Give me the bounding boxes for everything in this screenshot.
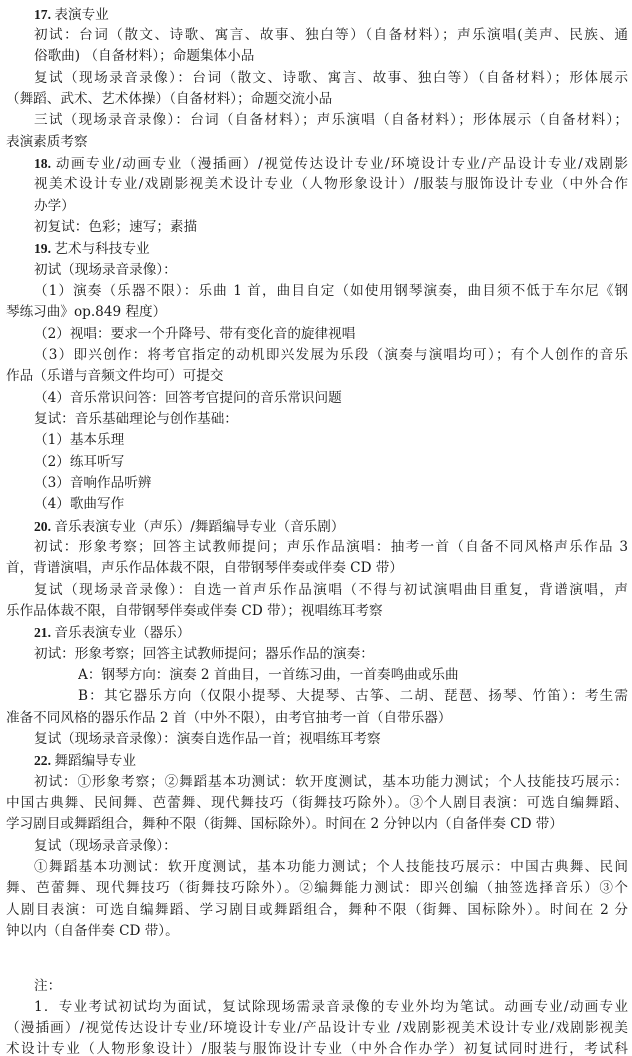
section-title: 舞蹈编导专业 bbox=[54, 753, 136, 769]
text-line: 琴练习曲》op.849 程度） bbox=[6, 302, 628, 323]
text-line: 俗歌曲) （自备材料）；命题集体小品 bbox=[34, 46, 628, 67]
text-line: 表演素质考察 bbox=[6, 132, 628, 153]
note-line: （漫插画）/视觉传达设计专业/环境设计专业/产品设计专业 /戏剧影视美术设计专业… bbox=[6, 1018, 628, 1039]
text-line: B：其它器乐方向（仅限小提琴、大提琴、古筝、二胡、琵琶、扬琴、竹笛）：考生需 bbox=[78, 686, 628, 707]
section-title-line: 视美术设计专业/戏剧影视美术设计专业（人物形象设计）/服装与服饰设计专业（中外合… bbox=[34, 174, 628, 195]
text-line: （2）练耳听写 bbox=[34, 452, 628, 473]
text-line: 乐作品体裁不限，自带钢琴伴奏或伴奏 CD 带）；视唱练耳考察 bbox=[6, 601, 628, 622]
text-line: 复试（现场录音录像）：自选一首声乐作品演唱（不得与初试演唱曲目重复，背谱演唱，声 bbox=[34, 580, 628, 601]
note-line: 1．专业考试初试均为面试，复试除现场需录音录像的专业外均为笔试。动画专业/动画专… bbox=[34, 997, 628, 1018]
section-title-line: 办学） bbox=[34, 196, 628, 217]
text-line: 初试（现场录音录像）： bbox=[34, 260, 628, 281]
text-line: 初试：形象考察；回答主试教师提问；器乐作品的演奏： bbox=[34, 644, 628, 665]
text-line: 准备不同风格的器乐作品 2 首（中外不限），由考官抽考一首（自带乐器） bbox=[6, 708, 628, 729]
text-line: 作品（乐谱与音频文件均可）可提交 bbox=[6, 366, 628, 387]
text-line: 复试：音乐基础理论与创作基础： bbox=[34, 409, 628, 430]
section-20-heading: 20. 音乐表演专业（声乐）/舞蹈编导专业（音乐剧） bbox=[34, 516, 628, 537]
text-line: 初试：形象考察；回答主试教师提问；声乐作品演唱：抽考一首（自备不同风格声乐作品 … bbox=[34, 537, 628, 558]
text-line: 初试：①形象考察；②舞蹈基本功测试：软开度测试，基本功能力测试；个人技能技巧展示… bbox=[34, 772, 628, 793]
section-number: 20 bbox=[34, 519, 48, 534]
section-number: 19 bbox=[34, 241, 48, 256]
text-line: 钟以内（自备伴奏 CD 带）。 bbox=[6, 921, 628, 942]
text-line: （4）歌曲写作 bbox=[34, 494, 628, 515]
section-21-heading: 21. 音乐表演专业（器乐） bbox=[34, 622, 628, 643]
text-line: 复试（现场录音录像）：演奏自选作品一首；视唱练耳考察 bbox=[34, 729, 628, 750]
text-line: 人剧目表演：可选自编舞蹈、学习剧目或舞蹈组合，舞种不限（街舞、国标除外）。时间在… bbox=[6, 900, 628, 921]
text-line: 三试（现场录音录像）：台词（自备材料）；声乐演唱（自备材料）；形体展示（自备材料… bbox=[34, 110, 628, 131]
text-line: （3）即兴创作：将考官指定的动机即兴发展为乐段（演奏与演唱均可）；有个人创作的音… bbox=[34, 345, 628, 366]
section-number: 22 bbox=[34, 753, 48, 768]
text-line: 初复试：色彩；速写；素描 bbox=[34, 217, 628, 238]
section-number: 18 bbox=[34, 156, 48, 171]
text-line: 学习剧目或舞蹈组合，舞种不限（街舞、国标除外）。时间在 2 分钟以内（自备伴奏 … bbox=[6, 814, 628, 835]
section-title: 音乐表演专业（声乐）/舞蹈编导专业（音乐剧） bbox=[54, 519, 344, 535]
section-title: 表演专业 bbox=[54, 7, 108, 23]
notes-label: 注： bbox=[34, 976, 628, 997]
section-19-heading: 19. 艺术与科技专业 bbox=[34, 238, 628, 259]
section-title: 音乐表演专业（器乐） bbox=[54, 625, 190, 641]
text-line: A：钢琴方向：演奏 2 首曲目，一首练习曲，一首奏鸣曲或乐曲 bbox=[78, 665, 628, 686]
text-line: （2）视唱：要求一个升降号、带有变化音的旋律视唱 bbox=[34, 324, 628, 345]
text-line: ①舞蹈基本功测试：软开度测试，基本功能力测试；个人技能技巧展示：中国古典舞、民间 bbox=[34, 857, 628, 878]
text-line: （1）基本乐理 bbox=[34, 430, 628, 451]
text-line: 首，背谱演唱，声乐作品体裁不限，自带钢琴伴奏或伴奏 CD 带） bbox=[6, 558, 628, 579]
text-line: （舞蹈、武术、艺术体操）（自备材料）；命题交流小品 bbox=[6, 89, 628, 110]
section-22-heading: 22. 舞蹈编导专业 bbox=[34, 750, 628, 771]
text-line: 初试：台词（散文、诗歌、寓言、故事、独白等）（自备材料）；声乐演唱(美声、民族、… bbox=[34, 25, 628, 46]
section-title: 艺术与科技专业 bbox=[54, 241, 149, 257]
text-line: 舞、芭蕾舞、现代舞技巧（街舞技巧除外）。②编舞能力测试：即兴创编（抽签选择音乐）… bbox=[6, 878, 628, 899]
text-line: （4）音乐常识问答：回答考官提问的音乐常识问题 bbox=[34, 388, 628, 409]
section-number: 17 bbox=[34, 7, 48, 22]
section-title: 动画专业/动画专业（漫插画）/视觉传达设计专业/环境设计专业/产品设计专业/戏剧… bbox=[56, 156, 628, 172]
text-line: 中国古典舞、民间舞、芭蕾舞、现代舞技巧（街舞技巧除外）。③个人剧目表演：可选自编… bbox=[6, 793, 628, 814]
text-line: 复试（现场录音录像）：台词（散文、诗歌、寓言、故事、独白等）（自备材料）；形体展… bbox=[34, 68, 628, 89]
section-number: 21 bbox=[34, 625, 48, 640]
section-18-heading: 18. 动画专业/动画专业（漫插画）/视觉传达设计专业/环境设计专业/产品设计专… bbox=[34, 153, 628, 174]
section-17-heading: 17. 表演专业 bbox=[34, 4, 628, 25]
text-line: （3）音响作品听辨 bbox=[34, 473, 628, 494]
text-line: （1）演奏（乐器不限）：乐曲 1 首，曲目自定（如使用钢琴演奏，曲目须不低于车尔… bbox=[34, 281, 628, 302]
note-line: 术设计专业（人物形象设计）/服装与服饰设计专业（中外合作办学）初复试同时进行，考… bbox=[6, 1039, 628, 1056]
text-line: 复试（现场录音录像）： bbox=[34, 836, 628, 857]
